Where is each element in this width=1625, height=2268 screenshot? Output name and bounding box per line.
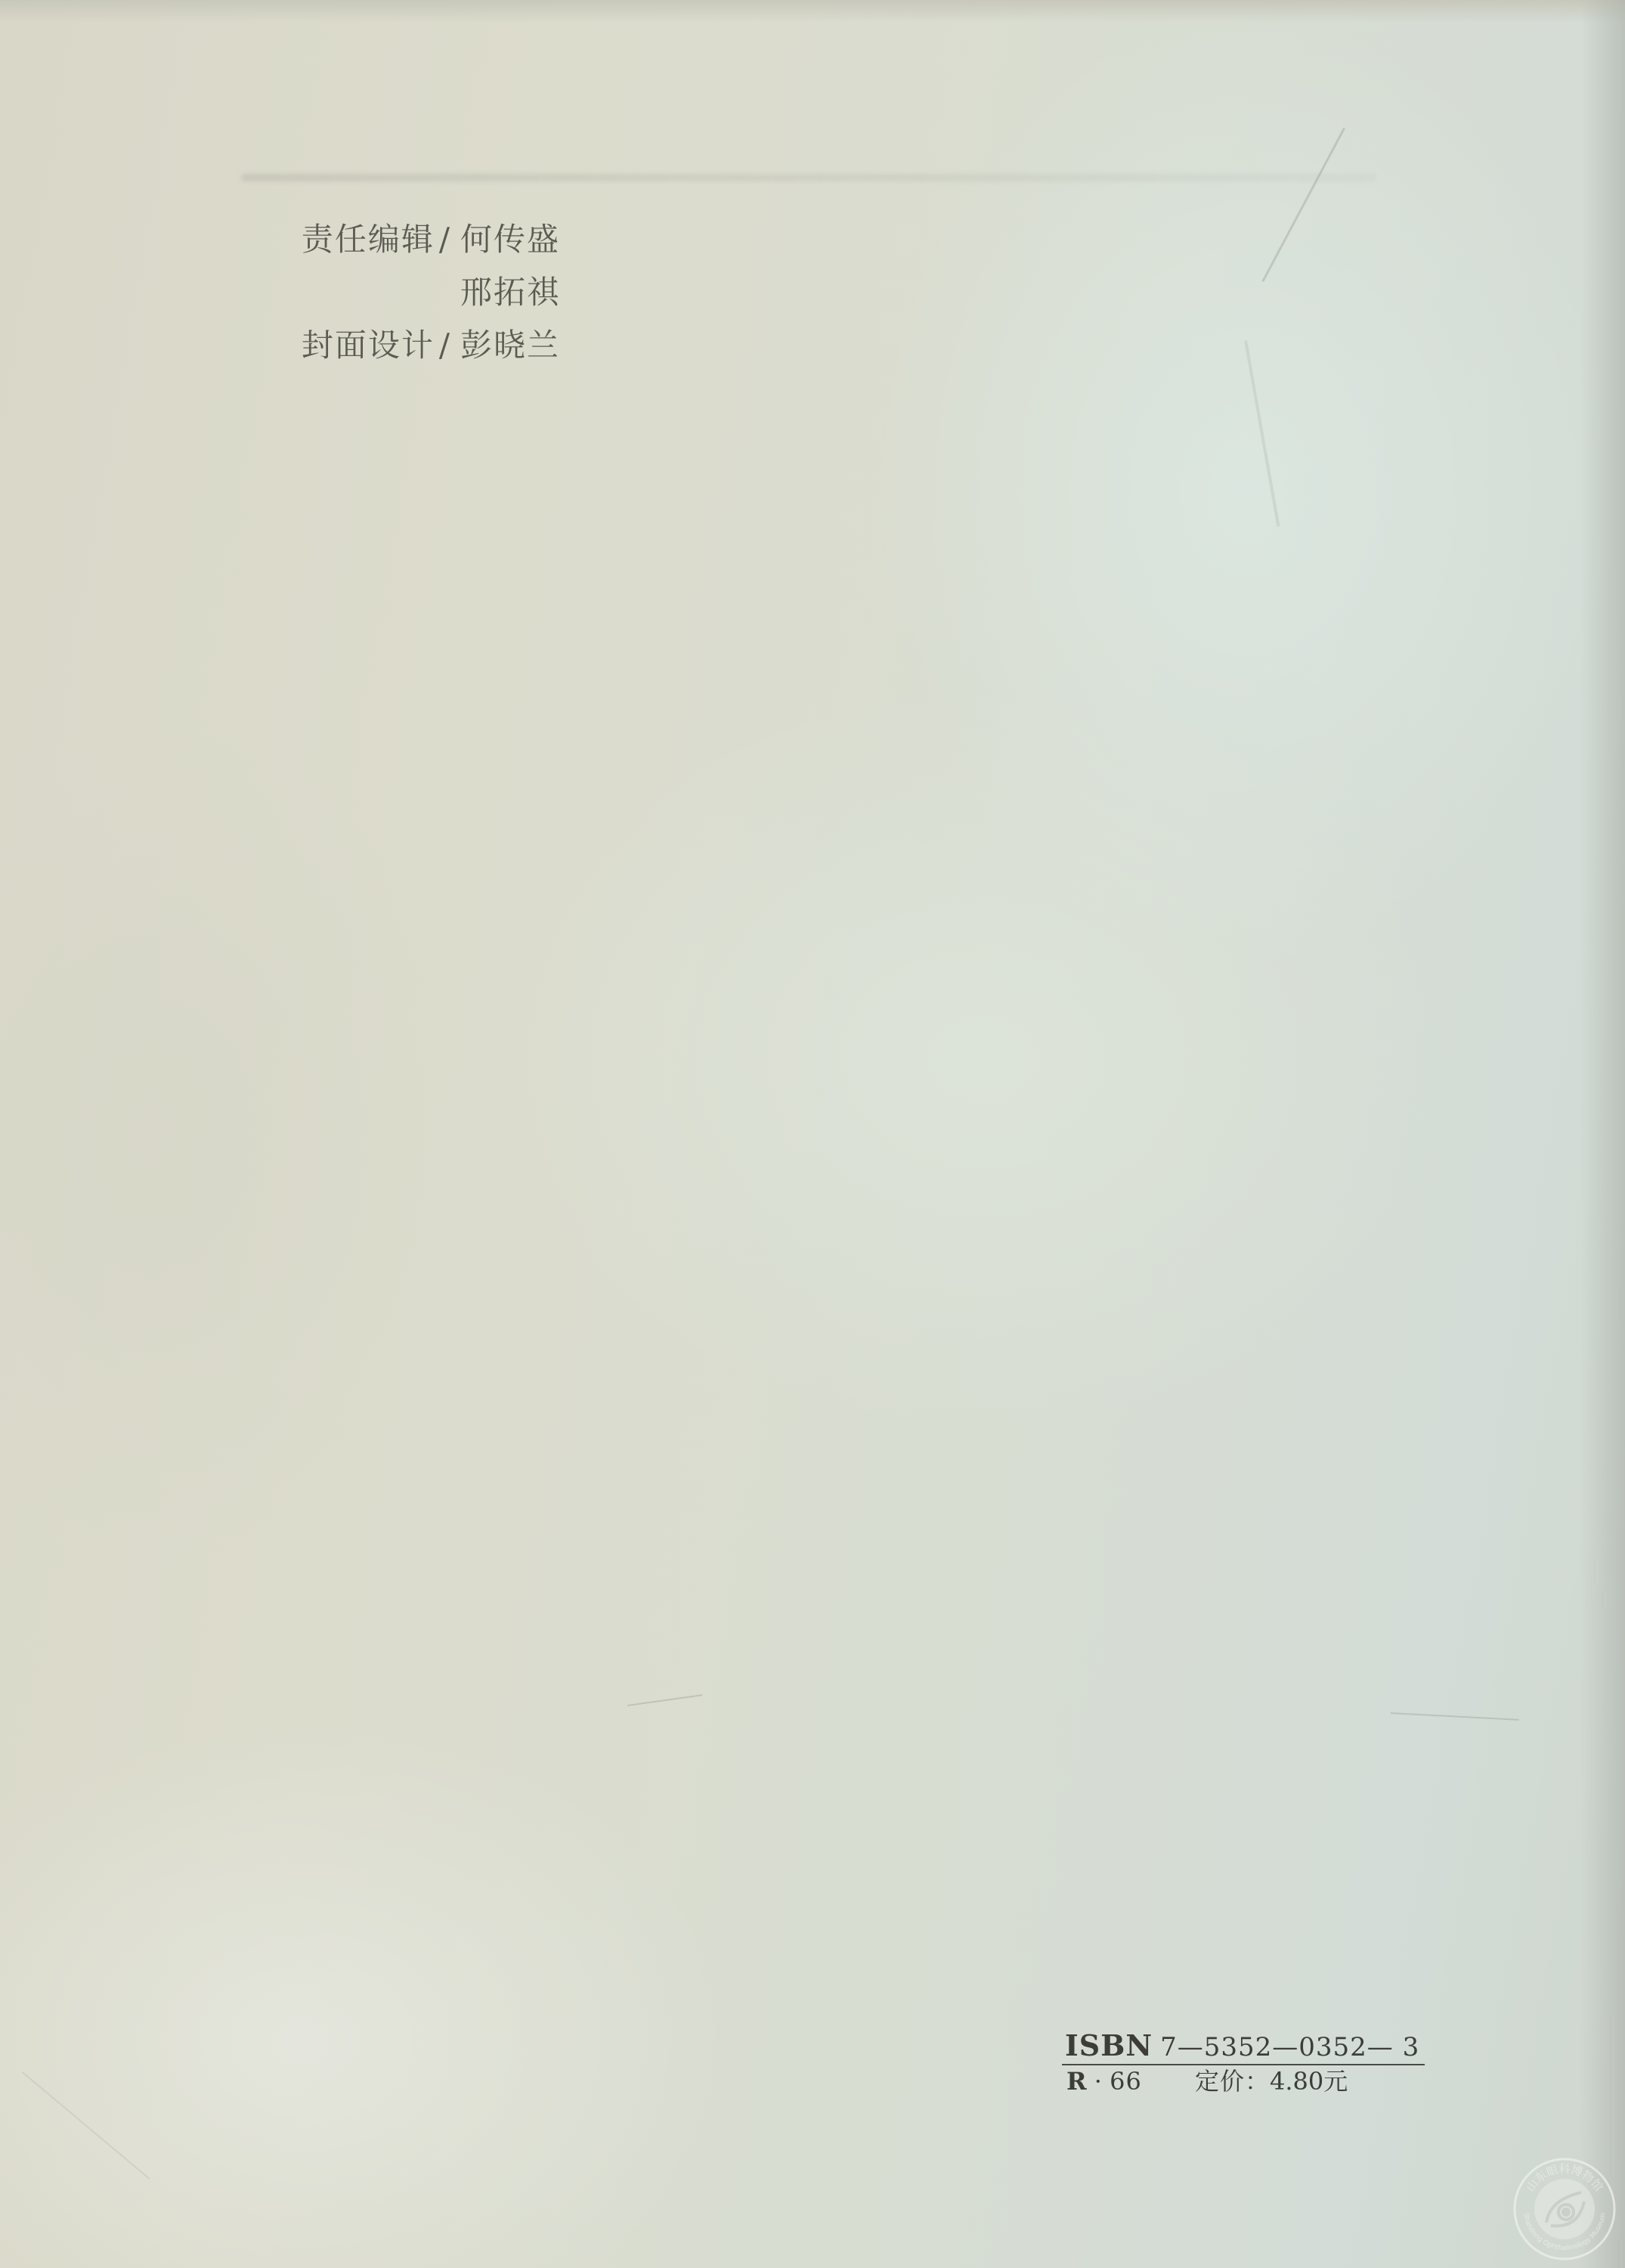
credit-name: 彭晓兰 [460,319,563,372]
classification-price-line: R · 66 定价：4.80元 [1062,2067,1425,2096]
credit-role: 封面设计 [302,319,435,372]
paper-crease [1261,128,1345,282]
isbn-label: ISBN [1065,2028,1153,2062]
show-through-text [242,174,1376,181]
credit-row-cover-design: 封面设计 / 彭晓兰 [291,319,563,372]
isbn-number: 7—5352—0352— 3 [1160,2032,1419,2062]
classification-separator: · [1087,2067,1110,2096]
classification-code: R [1066,2067,1087,2096]
right-edge-shadow [1580,0,1625,2268]
credit-separator: / [439,319,451,372]
price-value: 4.80元 [1270,2067,1348,2096]
paper-crease [1244,340,1280,527]
credit-role: 责任编辑 [302,213,435,266]
price-label: 定价： [1195,2067,1270,2096]
paper-crease [22,2071,150,2180]
museum-watermark: 山东眼科博物馆 Shandong Ophthalmology Museum [1512,2156,1617,2262]
credit-name: 邢拓祺 [460,266,563,319]
credits-block: 责任编辑 / 何传盛 邢拓祺 封面设计 / 彭晓兰 [291,213,563,372]
paper-crease [627,1694,702,1706]
isbn-line: ISBN7—5352—0352— 3 [1062,2031,1425,2062]
credit-separator: / [439,213,451,266]
isbn-block: ISBN7—5352—0352— 3 R · 66 定价：4.80元 [1062,2031,1425,2096]
credit-row-editor: 责任编辑 / 何传盛 [291,213,563,266]
isbn-divider [1062,2064,1425,2065]
credit-row-editor-2: 邢拓祺 [291,266,563,319]
top-edge-shadow [0,0,1625,23]
paper-crease [1391,1712,1519,1721]
classification-number: 66 [1110,2067,1142,2096]
museum-seal: 山东眼科博物馆 Shandong Ophthalmology Museum [1512,2156,1617,2262]
credit-name: 何传盛 [460,213,563,266]
